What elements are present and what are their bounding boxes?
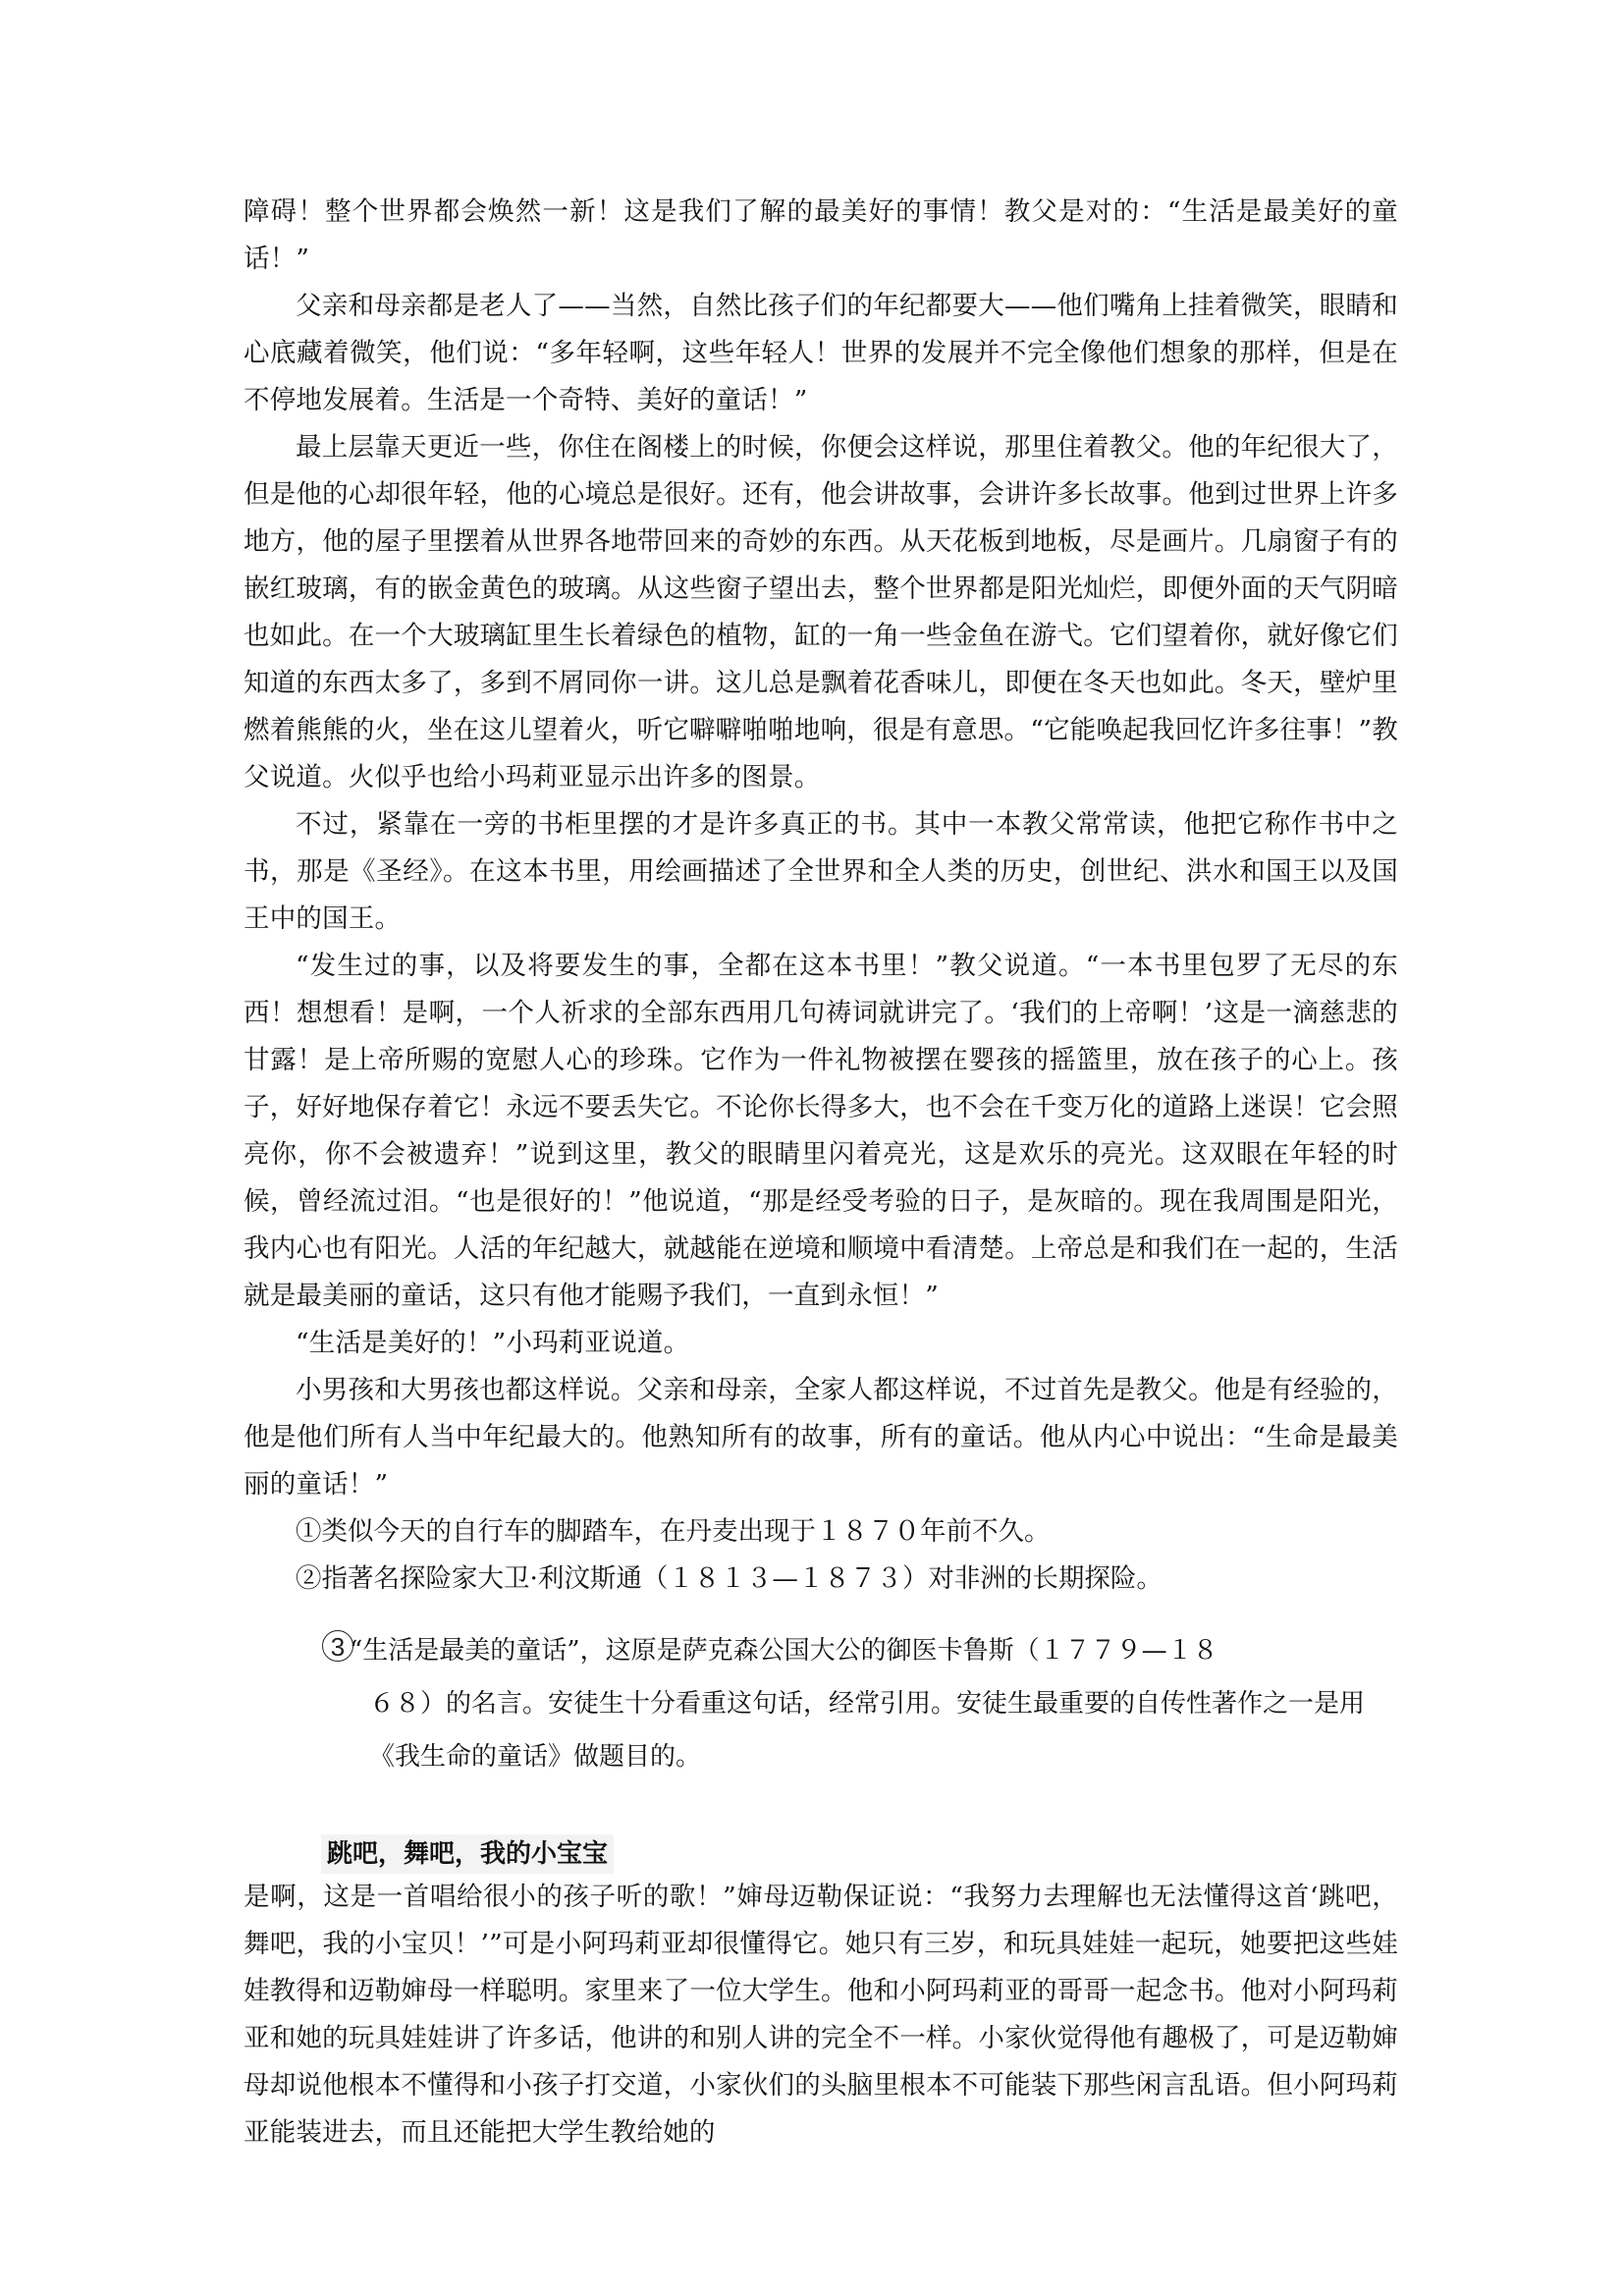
paragraph-1: 障碍！整个世界都会焕然一新！这是我们了解的最美好的事情！教父是对的：“生活是最美… [243, 189, 1398, 283]
paragraph-3: 最上层靠天更近一些，你住在阁楼上的时候，你便会这样说，那里住着教父。他的年纪很大… [243, 424, 1398, 801]
footnote-3: 3 “生活是最美的童话”，这原是萨克森公国大公的御医卡鲁斯（１７７９—１８ ６８… [243, 1624, 1398, 1783]
paragraph-5: “发生过的事，以及将要发生的事，全都在这本书里！”教父说道。“一本书里包罗了无尽… [243, 943, 1398, 1320]
section-body: 是啊，这是一首唱给很小的孩子听的歌！”婶母迈勒保证说：“我努力去理解也无法懂得这… [243, 1874, 1398, 2157]
paragraph-6: “生活是美好的！”小玛莉亚说道。 [243, 1320, 1398, 1367]
paragraph-7: 小男孩和大男孩也都这样说。父亲和母亲，全家人都这样说，不过首先是教父。他是有经验… [243, 1367, 1398, 1508]
footnote-3-line1: “生活是最美的童话”，这原是萨克森公国大公的御医卡鲁斯（１７７９—１８ [350, 1624, 1398, 1677]
circled-number-3-icon: 3 [322, 1630, 353, 1662]
document-page: 障碍！整个世界都会焕然一新！这是我们了解的最美好的事情！教父是对的：“生活是最美… [243, 189, 1398, 2157]
footnote-3-rest: ６８）的名言。安徒生十分看重这句话，经常引用。安徒生最重要的自传性著作之一是用《… [369, 1689, 1365, 1772]
footnote-1: ①类似今天的自行车的脚踏车，在丹麦出现于１８７０年前不久。 [243, 1508, 1398, 1556]
footnote-2: ②指著名探险家大卫·利汶斯通（１８１３—１８７３）对非洲的长期探险。 [243, 1556, 1398, 1603]
paragraph-4: 不过，紧靠在一旁的书柜里摆的才是许多真正的书。其中一本教父常常读，他把它称作书中… [243, 801, 1398, 943]
paragraph-2: 父亲和母亲都是老人了——当然，自然比孩子们的年纪都要大——他们嘴角上挂着微笑，眼… [243, 283, 1398, 424]
section-title: 跳吧，舞吧，我的小宝宝 [321, 1834, 614, 1874]
